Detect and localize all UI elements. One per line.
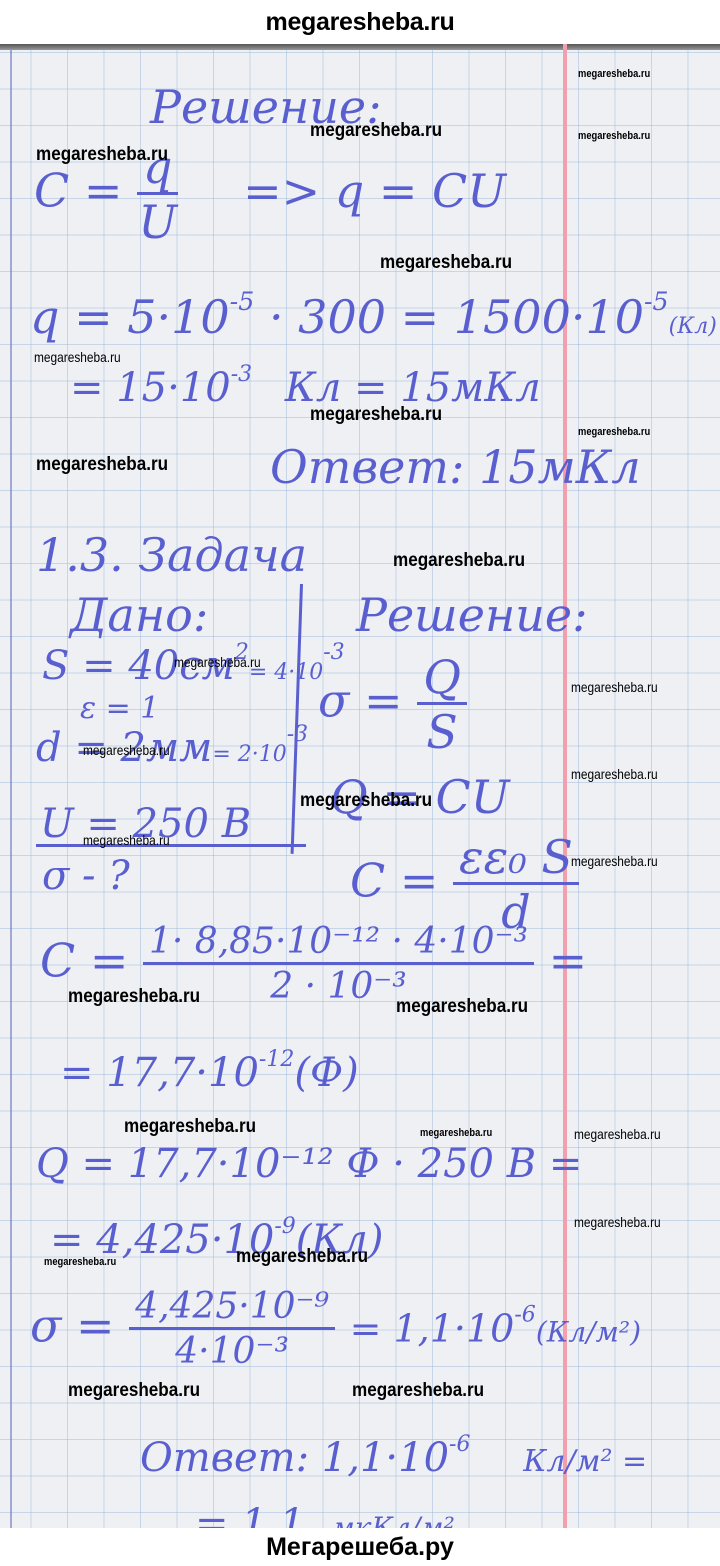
calc-charge-2: Q = 17,7·10⁻¹² Ф · 250 В = — [36, 1144, 582, 1184]
watermark: megaresheba.ru — [578, 68, 650, 80]
exponent: -6 — [449, 1432, 470, 1457]
fraction: 4,425·10⁻⁹ 4·10⁻³ — [129, 1289, 335, 1370]
binding-line — [10, 50, 12, 1528]
exponent: -6 — [514, 1303, 535, 1328]
given-permittivity: ε = 1 — [80, 694, 159, 724]
unit: (Кл/м²) — [536, 1316, 641, 1349]
site-header: megaresheba.ru — [0, 0, 720, 44]
formula-lhs: C = — [350, 854, 438, 908]
watermark: megaresheba.ru — [574, 1214, 661, 1230]
watermark: megaresheba.ru — [352, 1380, 484, 1402]
calc-charge-result: = 15·10-3 Кл = 15мКл — [70, 364, 541, 408]
given-distance: d = 2мм= 2·10-3 — [36, 724, 308, 768]
site-footer: Мегарешеба.ру — [0, 1528, 720, 1566]
solution-label: Решение: — [356, 592, 588, 638]
watermark: megaresheba.ru — [578, 130, 650, 142]
conversion: = 2·10 — [212, 742, 286, 767]
watermark: megaresheba.ru — [300, 790, 432, 812]
exponent: -5 — [230, 287, 255, 316]
watermark: megaresheba.ru — [310, 120, 442, 142]
watermark: megaresheba.ru — [571, 766, 658, 782]
unit: (Кл) — [669, 314, 717, 339]
watermark: megaresheba.ru — [83, 742, 170, 758]
calc-text: · 300 = 1500·10 — [269, 290, 644, 344]
answer-1: Ответ: 15мКл — [270, 444, 641, 490]
watermark: megaresheba.ru — [578, 426, 650, 438]
watermark: megaresheba.ru — [36, 454, 168, 476]
numerator: 1· 8,85·10⁻¹² · 4·10⁻³ — [143, 924, 534, 965]
formula-lhs: σ = — [318, 674, 403, 728]
exponent: -12 — [259, 1047, 294, 1072]
exponent: -3 — [231, 362, 252, 387]
denominator: U — [138, 195, 177, 245]
answer-2-converted: = 1,1 мкКл/м² — [195, 1504, 455, 1528]
capacitance-result: = 17,7·10-12(Ф) — [60, 1049, 359, 1093]
denominator: 2 · 10⁻³ — [270, 965, 406, 1005]
watermark: megaresheba.ru — [83, 832, 170, 848]
answer-2: Ответ: 1,1·10-6 Кл/м² = — [140, 1434, 647, 1478]
exponent: -3 — [287, 722, 308, 747]
answer-text: Ответ: 1,1·10 — [140, 1435, 449, 1481]
fraction: 1· 8,85·10⁻¹² · 4·10⁻³ 2 · 10⁻³ — [143, 924, 534, 1005]
watermark: megaresheba.ru — [380, 252, 512, 274]
fraction: εε₀ S d — [453, 834, 579, 935]
numerator: εε₀ S — [453, 834, 579, 885]
exponent: -9 — [274, 1214, 295, 1239]
calc-text: = 17,7·10 — [60, 1050, 259, 1096]
unit: мкКл/м² — [332, 1511, 455, 1528]
numerator: 4,425·10⁻⁹ — [129, 1289, 335, 1330]
formula-sigma: σ = Q S — [318, 654, 467, 755]
calc-charge: q = 5·10-5 · 300 = 1500·10-5(Кл) — [30, 289, 717, 340]
page-edge — [0, 44, 720, 50]
watermark: megaresheba.ru — [574, 1126, 661, 1142]
watermark: megaresheba.ru — [571, 679, 658, 695]
formula-lhs: C = — [34, 164, 122, 218]
watermark: megaresheba.ru — [68, 1380, 200, 1402]
watermark: megaresheba.ru — [124, 1116, 256, 1138]
exponent: -5 — [644, 287, 669, 316]
denominator: 4·10⁻³ — [175, 1330, 289, 1370]
watermark: megaresheba.ru — [68, 986, 200, 1008]
numerator: Q — [417, 654, 467, 705]
watermark: megaresheba.ru — [44, 1256, 116, 1268]
watermark: megaresheba.ru — [310, 404, 442, 426]
unit: (Ф) — [294, 1050, 358, 1096]
formula-lhs: σ = — [30, 1299, 115, 1353]
watermark: megaresheba.ru — [174, 654, 261, 670]
unit: Кл/м² = — [523, 1444, 647, 1479]
calc-text: q = 5·10 — [30, 290, 230, 344]
fraction: Q S — [417, 654, 467, 755]
watermark: megaresheba.ru — [393, 550, 525, 572]
given-divider — [291, 584, 303, 854]
given-label: Дано: — [70, 592, 208, 638]
watermark: megaresheba.ru — [571, 853, 658, 869]
watermark: megaresheba.ru — [236, 1246, 368, 1268]
calc-sigma: σ = 4,425·10⁻⁹ 4·10⁻³ = 1,1·10-6(Кл/м²) — [30, 1289, 641, 1370]
calc-text: = 15·10 — [70, 365, 231, 411]
notebook-page: Решение: C = q U => q = CU q = 5·10-5 · … — [0, 44, 720, 1528]
watermark: megaresheba.ru — [420, 1127, 492, 1139]
watermark: megaresheba.ru — [396, 996, 528, 1018]
task-title: 1.3. Задача — [36, 532, 307, 578]
formula-rhs: => q = CU — [243, 164, 506, 218]
formula-c: C = εε₀ S d — [350, 834, 579, 935]
find-sigma: σ - ? — [42, 856, 130, 896]
answer-text: = 1,1 — [195, 1501, 305, 1528]
equals: = — [549, 934, 588, 988]
denominator: S — [426, 705, 458, 755]
watermark: megaresheba.ru — [36, 144, 168, 166]
given-underline — [36, 844, 306, 847]
formula-lhs: C = — [40, 934, 128, 988]
calc-text: = 1,1·10 — [350, 1307, 515, 1351]
watermark: megaresheba.ru — [34, 349, 121, 365]
